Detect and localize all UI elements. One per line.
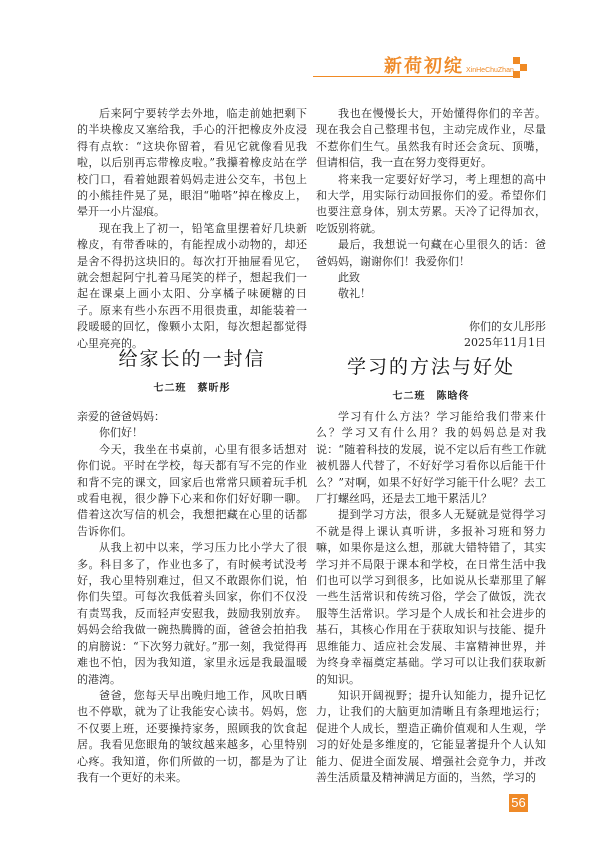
page-number: 56 xyxy=(509,794,528,812)
paragraph: 从我上初中以来，学习压力比小学大了很多。科目多了，作业也多了，有时候考试没考好，… xyxy=(77,540,307,688)
paragraph: 现在我上了初一，铅笔盒里摆着好几块新橡皮，有带香味的，有能捏成小动物的，却还是舍… xyxy=(77,221,307,352)
paragraph: 学习有什么方法？学习能给我们带来什么？学习又有什么用？我的妈妈总是对我说：“随着… xyxy=(316,409,546,507)
paragraph: 提到学习方法，很多人无疑就是觉得学习不就是得上课认真听讲，多报补习班和努力嘛，如… xyxy=(316,507,546,687)
paragraph: 今天，我坐在书桌前，心里有很多话想对你们说。平时在学校，每天都有写不完的作业和背… xyxy=(77,442,307,540)
decorative-square-icon xyxy=(520,64,527,71)
article-title: 给家长的一封信 xyxy=(77,344,307,371)
signature: 你们的女儿彤彤 xyxy=(316,319,546,335)
paragraph: 最后，我想说一句藏在心里很久的话：爸爸妈妈，谢谢你们！我爱你们！ xyxy=(316,237,546,270)
article-byline: 七二班 蔡昕彤 xyxy=(77,379,307,394)
letter-continuation: 我也在慢慢长大，开始懂得你们的辛苦。现在我会自己整理书包，主动完成作业，尽量不惹… xyxy=(316,106,546,352)
closing-line: 敬礼！ xyxy=(316,286,546,302)
date: 2025年11月1日 xyxy=(316,335,546,351)
paragraph: 将来我一定要好好学习，考上理想的高中和大学，用实际行动回报你们的爱。希望你们也要… xyxy=(316,172,546,238)
salutation: 亲爱的爸爸妈妈： xyxy=(77,409,307,425)
decorative-square-icon xyxy=(513,57,520,64)
decorative-square-icon xyxy=(513,71,520,78)
previous-article-continuation: 后来阿宁要转学去外地，临走前她把剩下的半块橡皮又塞给我，手心的汗把橡皮外皮浸得有… xyxy=(77,106,307,352)
closing-line: 此致 xyxy=(316,270,546,286)
paragraph: 知识开阔视野；提升认知能力，提升记忆力，让我们的大脑更加清晰且有条理地运行；促进… xyxy=(316,688,546,786)
article-body: 亲爱的爸爸妈妈： 你们好！ 今天，我坐在书桌前，心里有很多话想对你们说。平时在学… xyxy=(77,409,307,786)
section-subtitle: XinHeChuZhan xyxy=(466,66,514,75)
paragraph: 我也在慢慢长大，开始懂得你们的辛苦。现在我会自己整理书包，主动完成作业，尽量不惹… xyxy=(316,106,546,172)
article-body: 学习有什么方法？学习能给我们带来什么？学习又有什么用？我的妈妈总是对我说：“随着… xyxy=(316,409,546,786)
paragraph: 爸爸，您每天早出晚归地工作，风吹日晒也不停歇，就为了让我能安心读书。妈妈，您不仅… xyxy=(77,688,307,786)
paragraph: 后来阿宁要转学去外地，临走前她把剩下的半块橡皮又塞给我，手心的汗把橡皮外皮浸得有… xyxy=(77,106,307,221)
greeting: 你们好！ xyxy=(77,425,307,441)
section-title: 新荷初绽 xyxy=(384,57,464,77)
article-byline: 七二班 陈晗佟 xyxy=(316,387,546,402)
article-title: 学习的方法与好处 xyxy=(316,352,546,379)
